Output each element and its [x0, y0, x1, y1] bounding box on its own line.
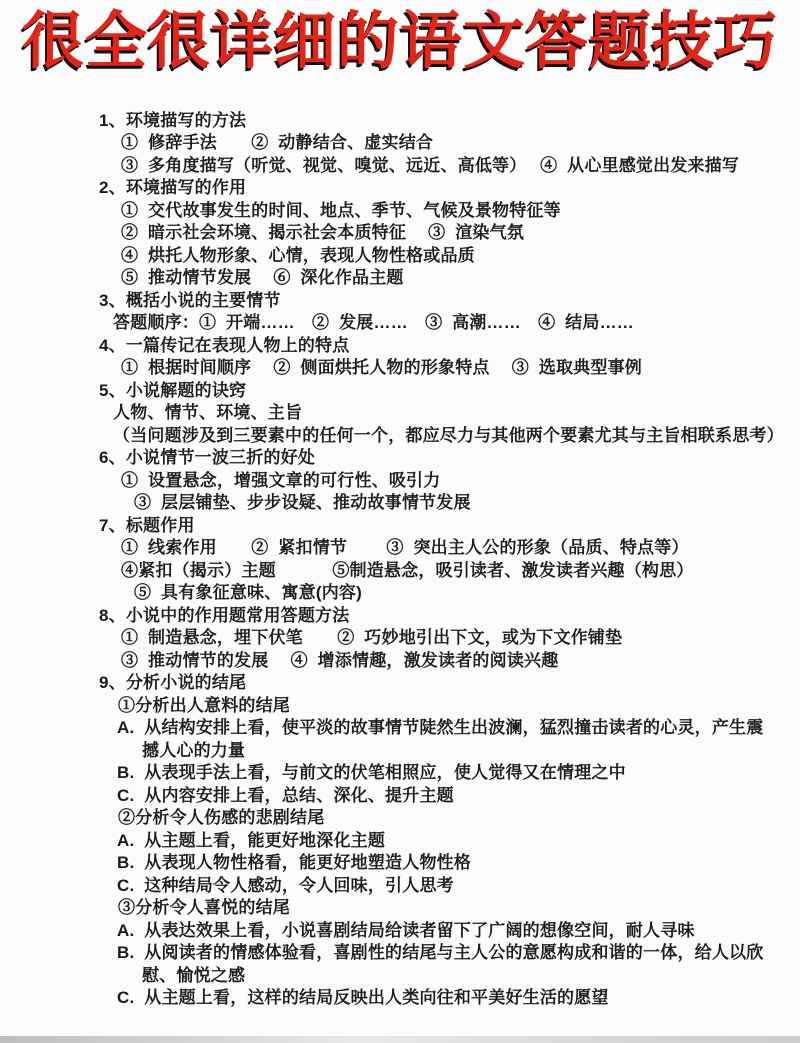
text-line: ⑤ 推动情节发展 ⑥ 深化作品主题 — [0, 267, 800, 290]
text-line: 7、标题作用 — [0, 515, 800, 538]
text-line: B. 从阅读者的情感体验看，喜剧性的结尾与主人公的意愿构成和谐的一体，给人以欣慰… — [0, 942, 800, 987]
text-line: ① 交代故事发生的时间、地点、季节、气候及景物特征等 — [0, 200, 800, 223]
text-line: 4、一篇传记在表现人物上的特点 — [0, 335, 800, 358]
text-line: ① 根据时间顺序 ② 侧面烘托人物的形象特点 ③ 选取典型事例 — [0, 357, 800, 380]
document-page: 很全很详细的语文答题技巧 1、环境描写的方法① 修辞手法 ② 动静结合、虚实结合… — [0, 0, 800, 1043]
text-line: A. 从表达效果上看，小说喜剧结局给读者留下了广阔的想像空间，耐人寻味 — [0, 920, 800, 943]
text-line: ③ 层层铺垫、步步设疑、推动故事情节发展 — [0, 492, 800, 515]
text-line: ③ 多角度描写（听觉、视觉、嗅觉、远近、高低等） ④ 从心里感觉出发来描写 — [0, 155, 800, 178]
text-line: A. 从主题上看，能更好地深化主题 — [0, 830, 800, 853]
content-list: 1、环境描写的方法① 修辞手法 ② 动静结合、虚实结合③ 多角度描写（听觉、视觉… — [0, 110, 800, 1010]
text-line: ③ 推动情节的发展 ④ 增添情趣，激发读者的阅读兴趣 — [0, 650, 800, 673]
text-line: 3、概括小说的主要情节 — [0, 290, 800, 313]
text-line: 1、环境描写的方法 — [0, 110, 800, 133]
text-line: ①分析出人意料的结尾 — [0, 695, 800, 718]
text-line: ② 暗示社会环境、揭示社会本质特征 ③ 渲染气氛 — [0, 222, 800, 245]
text-line: 人物、情节、环境、主旨 — [0, 402, 800, 425]
text-line: C. 这种结局令人感动，令人回味，引人思考 — [0, 875, 800, 898]
text-line: 9、分析小说的结尾 — [0, 672, 800, 695]
text-line: 5、小说解题的诀窍 — [0, 380, 800, 403]
text-line: C. 从内容安排上看，总结、深化、提升主题 — [0, 785, 800, 808]
text-line: B. 从表现人物性格看，能更好地塑造人物性格 — [0, 852, 800, 875]
text-line: ① 制造悬念，埋下伏笔 ② 巧妙地引出下文，或为下文作铺垫 — [0, 627, 800, 650]
page-bottom-edge-shadow — [0, 1036, 800, 1043]
text-line: （当问题涉及到三要素中的任何一个，都应尽力与其他两个要素尤其与主旨相联系思考） — [0, 425, 800, 448]
text-line: ⑤ 具有象征意味、寓意(内容) — [0, 582, 800, 605]
page-title: 很全很详细的语文答题技巧 — [0, 0, 800, 82]
text-line: ③分析令人喜悦的结尾 — [0, 897, 800, 920]
text-line: B. 从表现手法上看，与前文的伏笔相照应，使人觉得又在情理之中 — [0, 762, 800, 785]
text-line: ① 修辞手法 ② 动静结合、虚实结合 — [0, 132, 800, 155]
text-line: ① 设置悬念，增强文章的可行性、吸引力 — [0, 470, 800, 493]
text-line: ②分析令人伤感的悲剧结尾 — [0, 807, 800, 830]
text-line: ① 线索作用 ② 紧扣情节 ③ 突出主人公的形象（品质、特点等） — [0, 537, 800, 560]
text-line: 2、环境描写的作用 — [0, 177, 800, 200]
text-line: 6、小说情节一波三折的好处 — [0, 447, 800, 470]
text-line: ④ 烘托人物形象、心情，表现人物性格或品质 — [0, 245, 800, 268]
text-line: C. 从主题上看，这样的结局反映出人类向往和平美好生活的愿望 — [0, 987, 800, 1010]
text-line: 8、小说中的作用题常用答题方法 — [0, 605, 800, 628]
text-line: 答题顺序：① 开端…… ② 发展…… ③ 高潮…… ④ 结局…… — [0, 312, 800, 335]
text-line: ④紧扣（揭示）主题 ⑤制造悬念，吸引读者、激发读者兴趣（构思） — [0, 560, 800, 583]
text-line: A. 从结构安排上看，使平淡的故事情节陡然生出波澜，猛烈撞击读者的心灵，产生震撼… — [0, 717, 800, 762]
